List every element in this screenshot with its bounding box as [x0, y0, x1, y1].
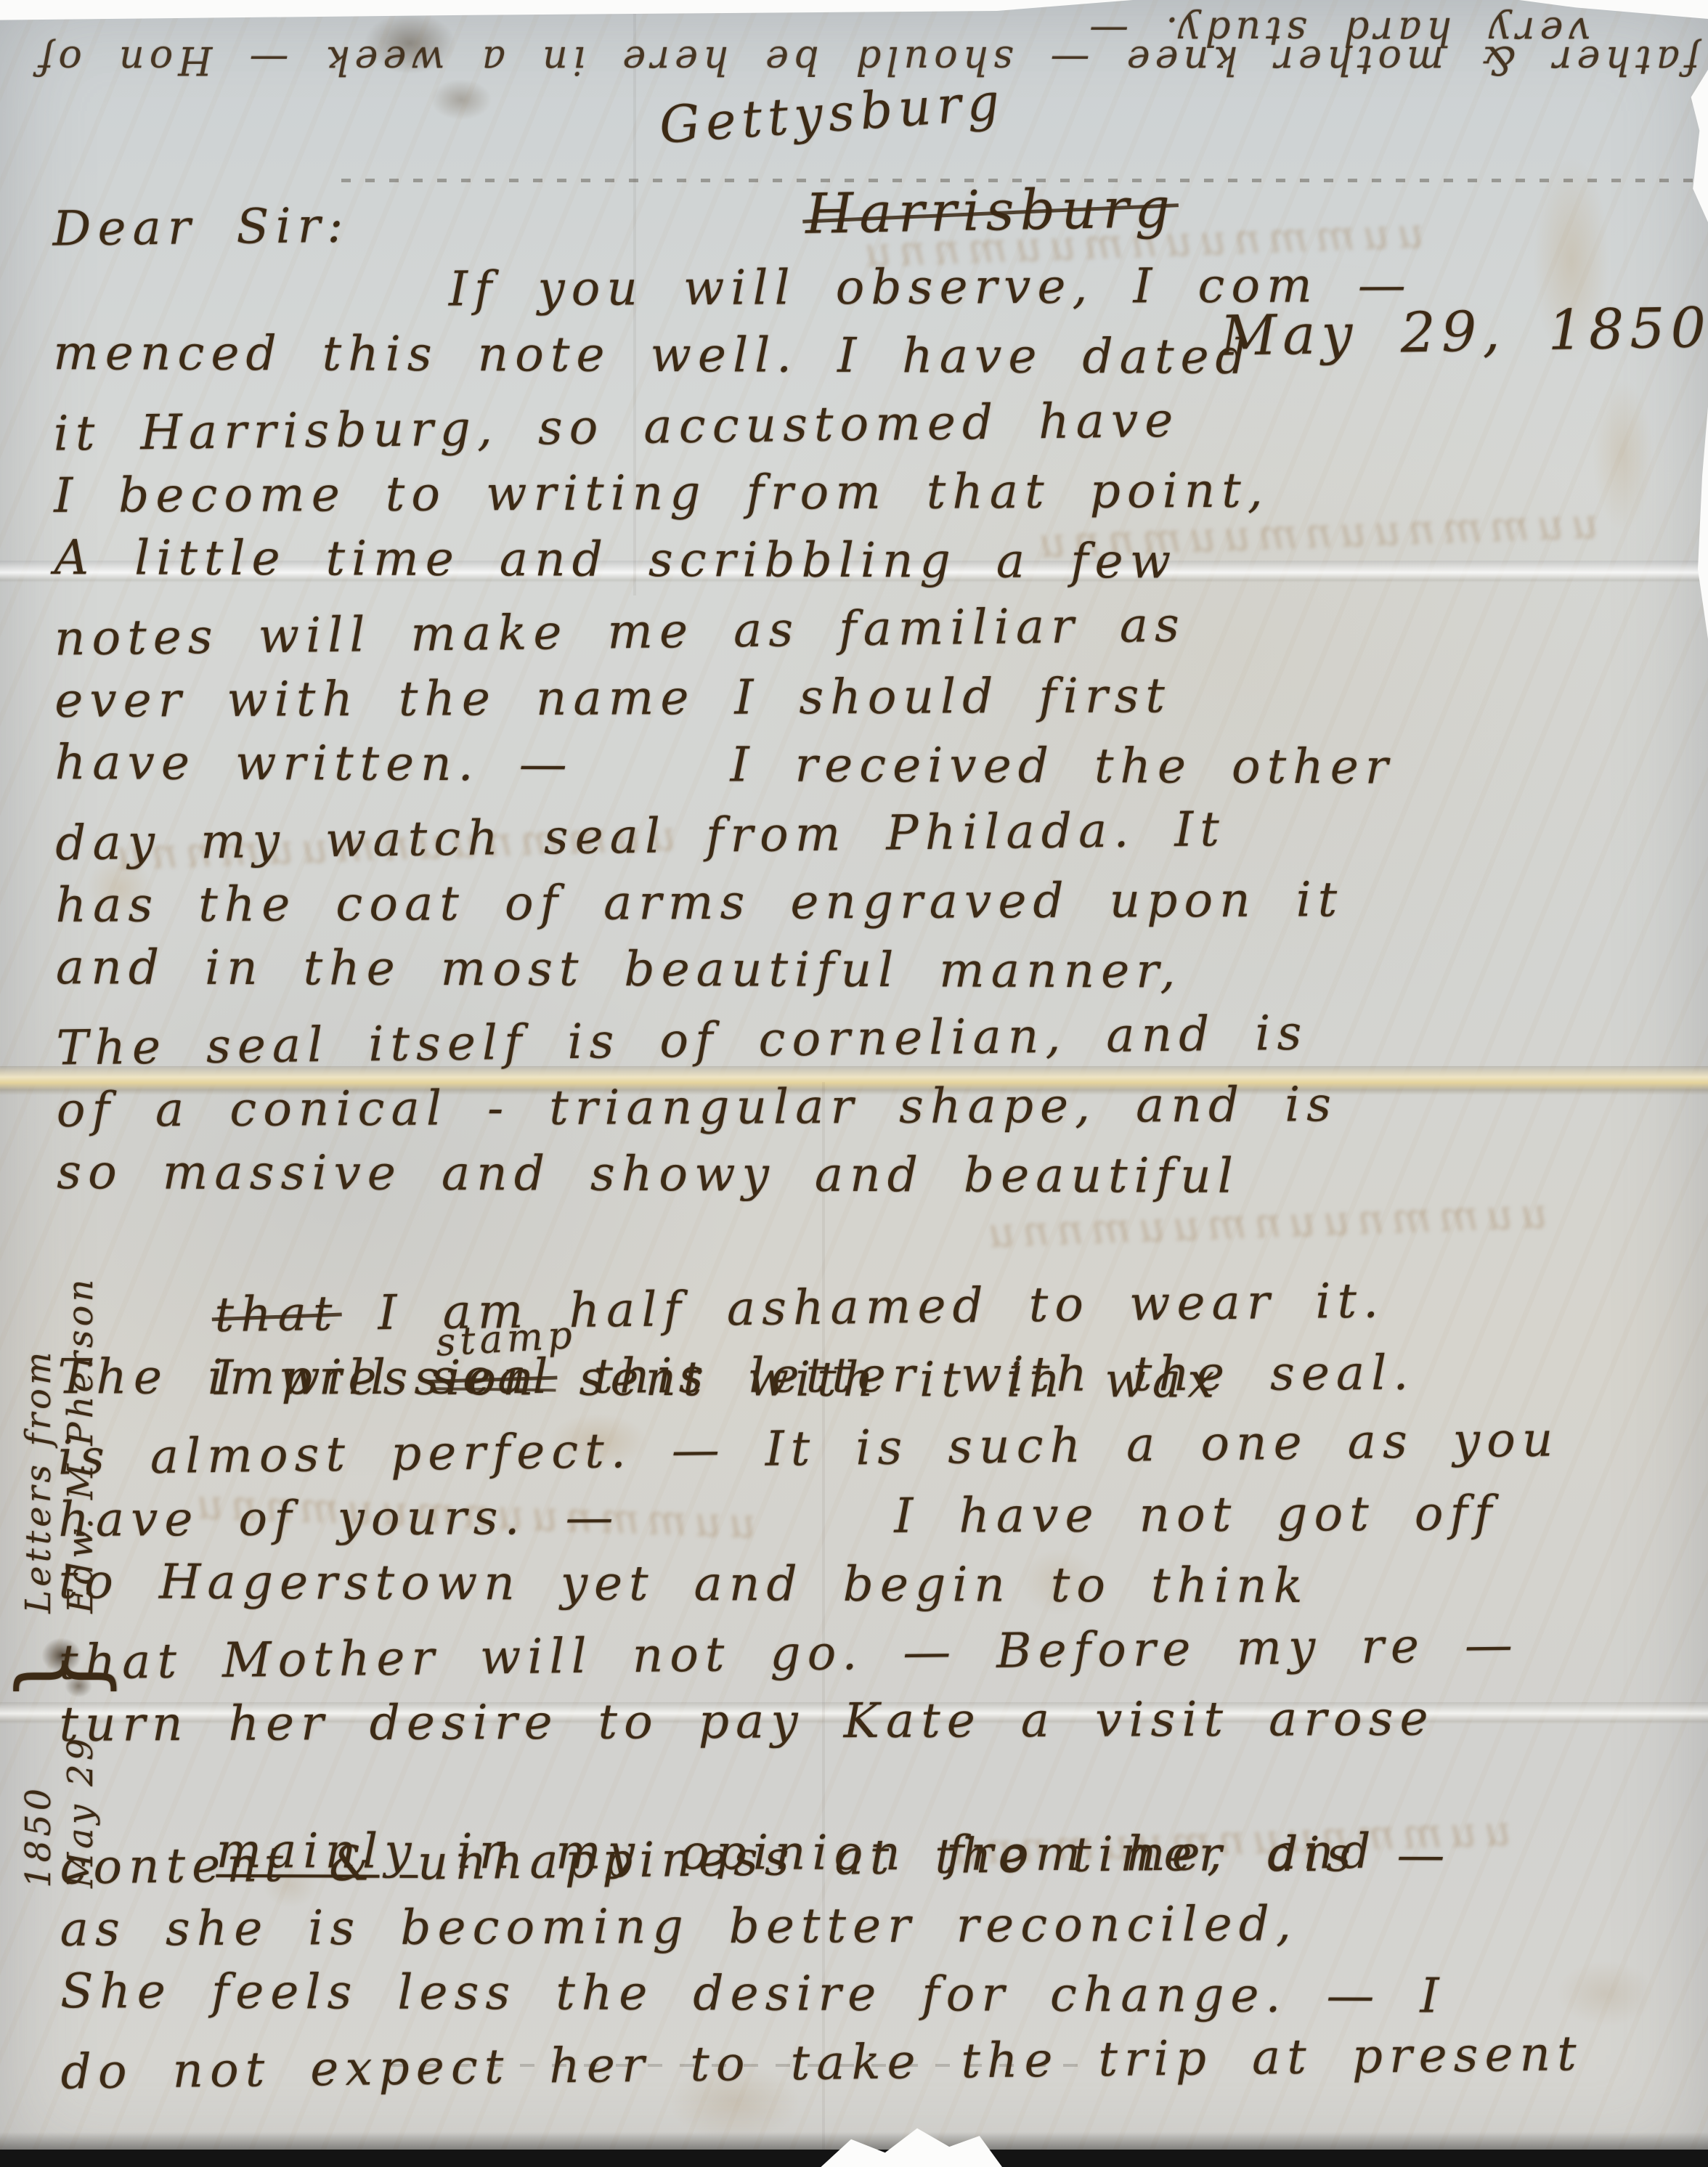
letter-line: do not expect her to take the trip at pr…	[60, 2020, 1683, 2108]
salutation: Dear Sir:	[52, 177, 1675, 265]
letter-line: If you will observe, I com —	[53, 252, 1675, 328]
margin-docket: 1850 May 29 } Letters from Edw. M Pherso…	[13, 1046, 106, 1888]
docket-date: 1850 May 29	[17, 1735, 102, 1888]
letter-line: have of yours. — I have not got off	[58, 1481, 1680, 1556]
letter-line: it Harrisburg, so accustomed have	[53, 382, 1676, 470]
struck-word-that: that	[214, 1285, 339, 1343]
letter-line: to Hagerstown yet and begin to think	[59, 1550, 1681, 1624]
letter-line: The impression sent with it in wax	[57, 1345, 1680, 1419]
letter-line: She feels less the desire for change. — …	[60, 1959, 1683, 2033]
letter-line: so massive and showy and beautiful	[57, 1140, 1679, 1214]
docket-brace: }	[0, 1647, 125, 1702]
letter-line: of a conical - triangular shape, and is	[57, 1071, 1679, 1147]
place-gettysburg-corrected: Gettysburg	[658, 73, 1007, 155]
letter-line-correction-that: that I am half ashamed to wear it.	[57, 1201, 1680, 1289]
letter-line: that Mother will not go. — Before my re …	[59, 1611, 1682, 1699]
letter-line: turn her desire to pay Kate a visit aros…	[59, 1686, 1681, 1761]
letter-line: is almost perfect. — It is such a one as…	[57, 1406, 1680, 1494]
letter-line: The seal itself is of cornelian, and is	[56, 996, 1679, 1084]
docket-label: Letters from Edw. M Pherson	[17, 1276, 102, 1614]
letter-line: A little time and scribbling a few	[54, 526, 1676, 600]
letter-line: menced this note well. I have dated	[53, 321, 1675, 395]
letter-line: ever with the name I should first	[54, 662, 1677, 737]
letter-line-underline-mainly: mainly in my opinion from her dis —	[60, 1755, 1682, 1829]
letter-line: day my watch seal from Philada. It	[55, 792, 1678, 879]
letter-scan-page: { "document": { "kind": "handwritten-let…	[0, 0, 1708, 2167]
docket-day: May 29	[60, 1735, 102, 1888]
letter-body: Dear Sir: If you will observe, I com — m…	[52, 184, 1683, 2102]
docket-text-line1: Letters from	[17, 1276, 60, 1614]
letter-line: I become to writing from that point,	[54, 457, 1676, 532]
docket-text-line2: Edw. M Pherson	[60, 1276, 102, 1614]
letter-line: have written. — I received the other	[55, 731, 1677, 805]
letter-line: notes will make me as familiar as	[54, 587, 1677, 675]
docket-year: 1850	[17, 1735, 60, 1888]
letter-line: has the coat of arms engraved upon it	[55, 866, 1677, 942]
letter-line: as she is becoming better reconciled,	[60, 1890, 1683, 1966]
letter-line: and in the most beautiful manner,	[56, 935, 1678, 1009]
